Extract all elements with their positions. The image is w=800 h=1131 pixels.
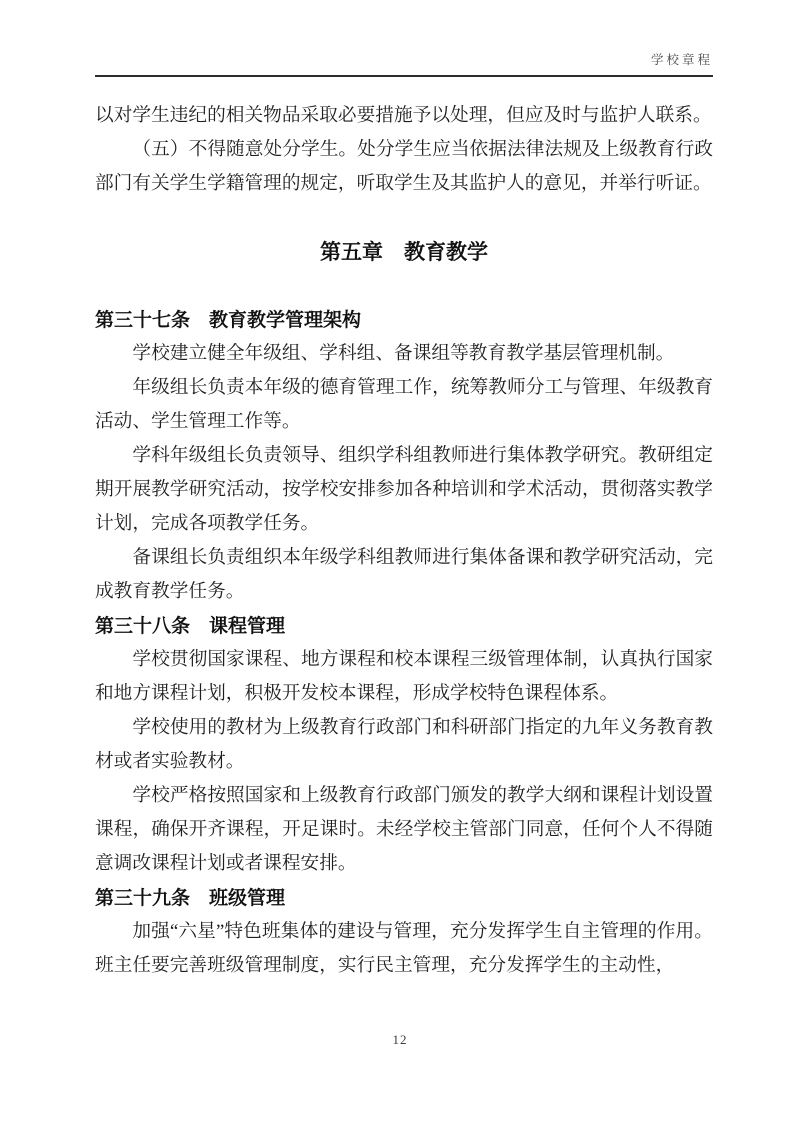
article-heading: 第三十八条 课程管理 (95, 609, 713, 643)
page-number: 12 (0, 1032, 800, 1048)
article-heading: 第三十七条 教育教学管理架构 (95, 303, 713, 337)
paragraph: （五）不得随意处分学生。处分学生应当依据法律法规及上级教育行政部门有关学生学籍管… (95, 133, 713, 201)
document-body: 以对学生违纪的相关物品采取必要措施予以处理，但应及时与监护人联系。 （五）不得随… (95, 99, 713, 983)
header-rule (95, 75, 713, 77)
paragraph: 学校严格按照国家和上级教育行政部门颁发的教学大纲和课程计划设置课程，确保开齐课程… (95, 779, 713, 881)
article-heading: 第三十九条 班级管理 (95, 881, 713, 915)
paragraph: 备课组长负责组织本年级学科组教师进行集体备课和教学研究活动，完成教育教学任务。 (95, 541, 713, 609)
paragraph: 加强“六星”特色班集体的建设与管理，充分发挥学生自主管理的作用。班主任要完善班级… (95, 915, 713, 983)
page-content: 学校章程 以对学生违纪的相关物品采取必要措施予以处理，但应及时与监护人联系。 （… (95, 0, 713, 983)
document-page: 学校章程 以对学生违纪的相关物品采取必要措施予以处理，但应及时与监护人联系。 （… (0, 0, 800, 1131)
paragraph: 年级组长负责本年级的德育管理工作，统筹教师分工与管理、年级教育活动、学生管理工作… (95, 371, 713, 439)
paragraph: 学校使用的教材为上级教育行政部门和科研部门指定的九年义务教育教材或者实验教材。 (95, 711, 713, 779)
running-header-title: 学校章程 (95, 52, 713, 75)
paragraph: 学校建立健全年级组、学科组、备课组等教育教学基层管理机制。 (95, 337, 713, 371)
paragraph: 学科年级组长负责领导、组织学科组教师进行集体教学研究。教研组定期开展教学研究活动… (95, 439, 713, 541)
paragraph: 以对学生违纪的相关物品采取必要措施予以处理，但应及时与监护人联系。 (95, 99, 713, 133)
chapter-heading: 第五章 教育教学 (95, 235, 713, 269)
paragraph: 学校贯彻国家课程、地方课程和校本课程三级管理体制，认真执行国家和地方课程计划，积… (95, 643, 713, 711)
